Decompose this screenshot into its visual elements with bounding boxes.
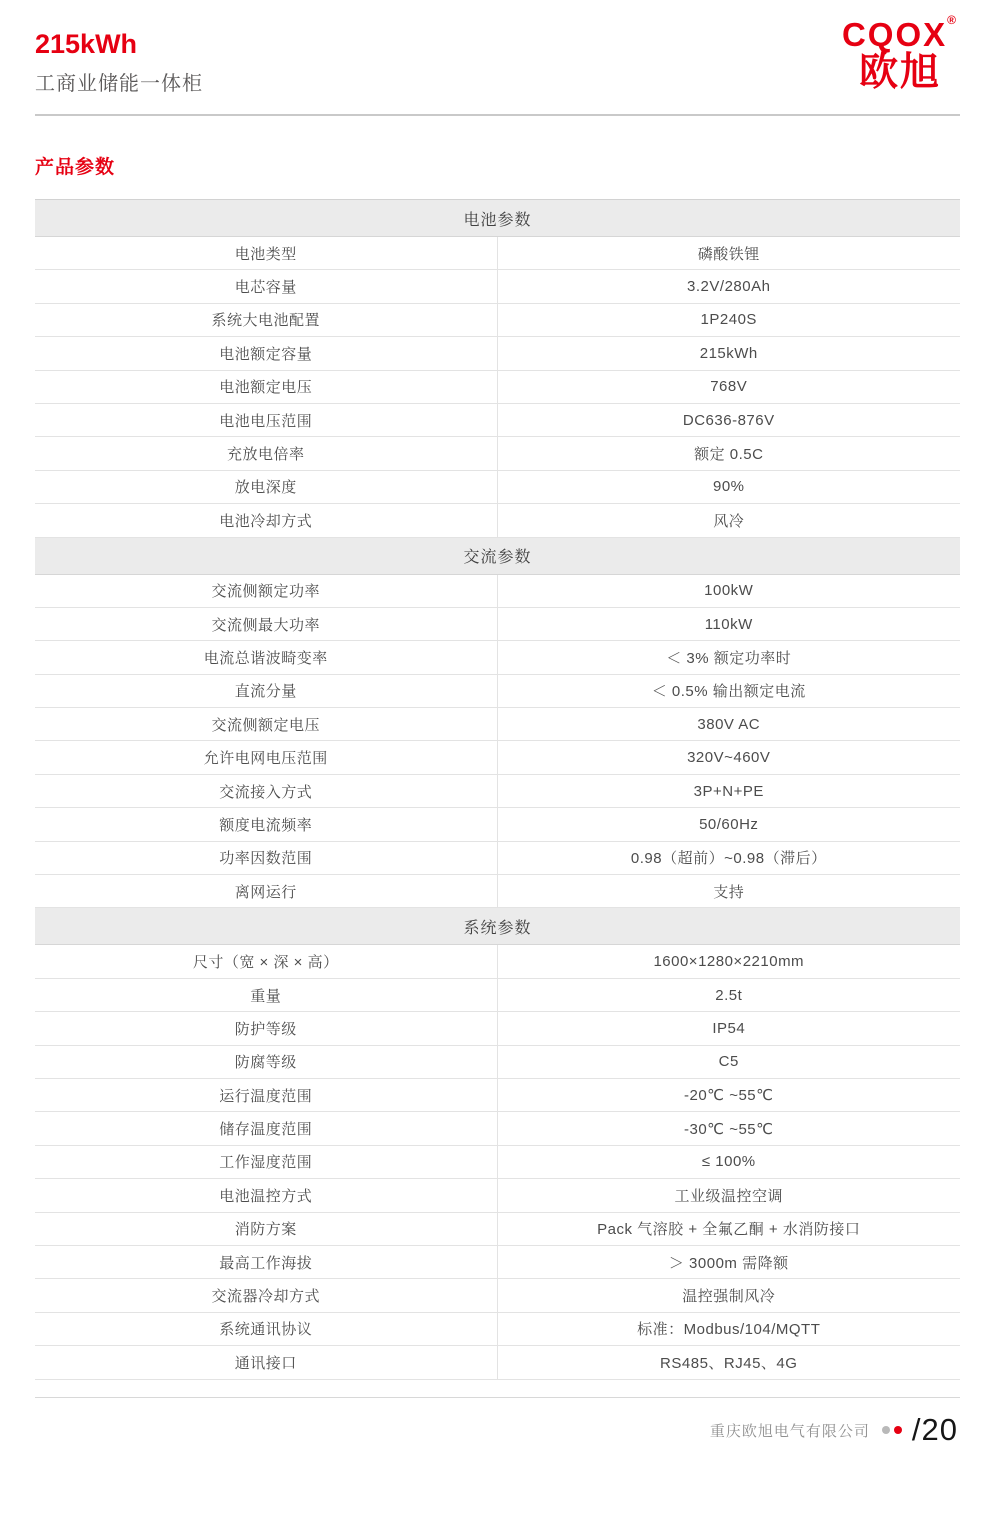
- table-row: 放电深度90%: [35, 471, 960, 504]
- param-label: 交流侧最大功率: [35, 608, 498, 640]
- param-label: 通讯接口: [35, 1346, 498, 1378]
- param-value: Pack 气溶胶 + 全氟乙酮 + 水消防接口: [498, 1213, 961, 1245]
- footer-divider: [35, 1397, 960, 1398]
- registered-trademark-icon: ®: [947, 13, 958, 27]
- param-label: 最高工作海拔: [35, 1246, 498, 1278]
- param-label: 电芯容量: [35, 270, 498, 302]
- brand-logo: CQOX® 欧旭: [842, 18, 958, 92]
- param-value: ＜ 3% 额定功率时: [498, 641, 961, 673]
- param-label: 允许电网电压范围: [35, 741, 498, 773]
- param-value: DC636-876V: [498, 404, 961, 436]
- param-label: 交流侧额定电压: [35, 708, 498, 740]
- table-row: 电池额定电压768V: [35, 371, 960, 404]
- param-label: 交流器冷却方式: [35, 1279, 498, 1311]
- table-row: 离网运行支持: [35, 875, 960, 908]
- table-row: 电池冷却方式风冷: [35, 504, 960, 537]
- param-label: 额度电流频率: [35, 808, 498, 840]
- table-row: 消防方案Pack 气溶胶 + 全氟乙酮 + 水消防接口: [35, 1213, 960, 1246]
- param-label: 交流接入方式: [35, 775, 498, 807]
- table-row: 通讯接口RS485、RJ45、4G: [35, 1346, 960, 1379]
- table-row: 尺寸（宽 × 深 × 高）1600×1280×2210mm: [35, 945, 960, 978]
- param-value: 100kW: [498, 575, 961, 607]
- param-value: 320V~460V: [498, 741, 961, 773]
- param-value: 额定 0.5C: [498, 437, 961, 469]
- table-row: 交流接入方式3P+N+PE: [35, 775, 960, 808]
- param-value: ＜ 0.5% 输出额定电流: [498, 675, 961, 707]
- company-name: 重庆欧旭电气有限公司: [710, 1420, 870, 1441]
- param-label: 储存温度范围: [35, 1112, 498, 1144]
- param-value: 工业级温控空调: [498, 1179, 961, 1211]
- param-value: 2.5t: [498, 979, 961, 1011]
- table-row: 允许电网电压范围320V~460V: [35, 741, 960, 774]
- param-value: C5: [498, 1046, 961, 1078]
- table-row: 交流侧额定功率100kW: [35, 575, 960, 608]
- table-row: 系统大电池配置1P240S: [35, 304, 960, 337]
- param-label: 工作湿度范围: [35, 1146, 498, 1178]
- param-label: 电池类型: [35, 237, 498, 269]
- table-row: 电流总谐波畸变率＜ 3% 额定功率时: [35, 641, 960, 674]
- table-row: 工作湿度范围≤ 100%: [35, 1146, 960, 1179]
- table-row: 交流侧最大功率110kW: [35, 608, 960, 641]
- param-value: 50/60Hz: [498, 808, 961, 840]
- param-value: -30℃ ~55℃: [498, 1112, 961, 1144]
- param-value: 温控强制风冷: [498, 1279, 961, 1311]
- param-label: 离网运行: [35, 875, 498, 907]
- table-row: 防腐等级C5: [35, 1046, 960, 1079]
- param-label: 防腐等级: [35, 1046, 498, 1078]
- param-label: 消防方案: [35, 1213, 498, 1245]
- section-header: 系统参数: [35, 908, 960, 945]
- section-header: 交流参数: [35, 538, 960, 575]
- param-value: 标准：Modbus/104/MQTT: [498, 1313, 961, 1345]
- table-row: 防护等级IP54: [35, 1012, 960, 1045]
- param-value: 0.98（超前）~0.98（滞后）: [498, 842, 961, 874]
- param-value: ＞ 3000m 需降额: [498, 1246, 961, 1278]
- param-label: 电池温控方式: [35, 1179, 498, 1211]
- table-row: 电芯容量3.2V/280Ah: [35, 270, 960, 303]
- product-title: 215kWh: [35, 30, 203, 60]
- header-block: 215kWh 工商业储能一体柜: [35, 30, 203, 96]
- table-row: 储存温度范围-30℃ ~55℃: [35, 1112, 960, 1145]
- page-number: /20: [912, 1412, 958, 1448]
- product-subtitle: 工商业储能一体柜: [35, 67, 203, 96]
- header-divider: [35, 114, 960, 116]
- param-label: 电池额定电压: [35, 371, 498, 403]
- table-row: 充放电倍率额定 0.5C: [35, 437, 960, 470]
- param-value: IP54: [498, 1012, 961, 1044]
- table-row: 交流侧额定电压380V AC: [35, 708, 960, 741]
- param-label: 直流分量: [35, 675, 498, 707]
- param-value: 1600×1280×2210mm: [498, 945, 961, 977]
- table-row: 功率因数范围0.98（超前）~0.98（滞后）: [35, 842, 960, 875]
- param-label: 电流总谐波畸变率: [35, 641, 498, 673]
- brand-logo-chinese: 欧旭: [842, 53, 958, 92]
- param-label: 尺寸（宽 × 深 × 高）: [35, 945, 498, 977]
- param-value: 110kW: [498, 608, 961, 640]
- param-label: 放电深度: [35, 471, 498, 503]
- param-value: RS485、RJ45、4G: [498, 1346, 961, 1378]
- table-row: 电池额定容量215kWh: [35, 337, 960, 370]
- table-row: 系统通讯协议标准：Modbus/104/MQTT: [35, 1313, 960, 1346]
- section-header: 电池参数: [35, 200, 960, 237]
- table-row: 电池类型磷酸铁锂: [35, 237, 960, 270]
- param-label: 运行温度范围: [35, 1079, 498, 1111]
- param-label: 系统通讯协议: [35, 1313, 498, 1345]
- param-label: 交流侧额定功率: [35, 575, 498, 607]
- footer: 重庆欧旭电气有限公司 /20: [710, 1412, 958, 1448]
- table-row: 电池温控方式工业级温控空调: [35, 1179, 960, 1212]
- param-label: 充放电倍率: [35, 437, 498, 469]
- param-value: 768V: [498, 371, 961, 403]
- red-dot-icon: [894, 1426, 902, 1434]
- table-row: 电池电压范围DC636-876V: [35, 404, 960, 437]
- param-label: 系统大电池配置: [35, 304, 498, 336]
- table-row: 直流分量＜ 0.5% 输出额定电流: [35, 675, 960, 708]
- gray-dot-icon: [882, 1426, 890, 1434]
- param-label: 防护等级: [35, 1012, 498, 1044]
- param-label: 重量: [35, 979, 498, 1011]
- table-row: 运行温度范围-20℃ ~55℃: [35, 1079, 960, 1112]
- param-value: 90%: [498, 471, 961, 503]
- param-value: 风冷: [498, 504, 961, 536]
- param-value: 磷酸铁锂: [498, 237, 961, 269]
- param-label: 电池冷却方式: [35, 504, 498, 536]
- table-row: 交流器冷却方式温控强制风冷: [35, 1279, 960, 1312]
- param-value: 3.2V/280Ah: [498, 270, 961, 302]
- param-value: ≤ 100%: [498, 1146, 961, 1178]
- table-row: 额度电流频率50/60Hz: [35, 808, 960, 841]
- param-value: 380V AC: [498, 708, 961, 740]
- footer-dots: [882, 1426, 902, 1434]
- page-title: 产品参数: [35, 152, 115, 179]
- param-value: 支持: [498, 875, 961, 907]
- param-value: 3P+N+PE: [498, 775, 961, 807]
- param-label: 电池额定容量: [35, 337, 498, 369]
- table-row: 最高工作海拔＞ 3000m 需降额: [35, 1246, 960, 1279]
- brand-logo-text: CQOX®: [842, 18, 958, 51]
- param-value: -20℃ ~55℃: [498, 1079, 961, 1111]
- param-value: 215kWh: [498, 337, 961, 369]
- param-value: 1P240S: [498, 304, 961, 336]
- table-row: 重量2.5t: [35, 979, 960, 1012]
- spec-table: 电池参数电池类型磷酸铁锂电芯容量3.2V/280Ah系统大电池配置1P240S电…: [35, 199, 960, 1380]
- param-label: 功率因数范围: [35, 842, 498, 874]
- param-label: 电池电压范围: [35, 404, 498, 436]
